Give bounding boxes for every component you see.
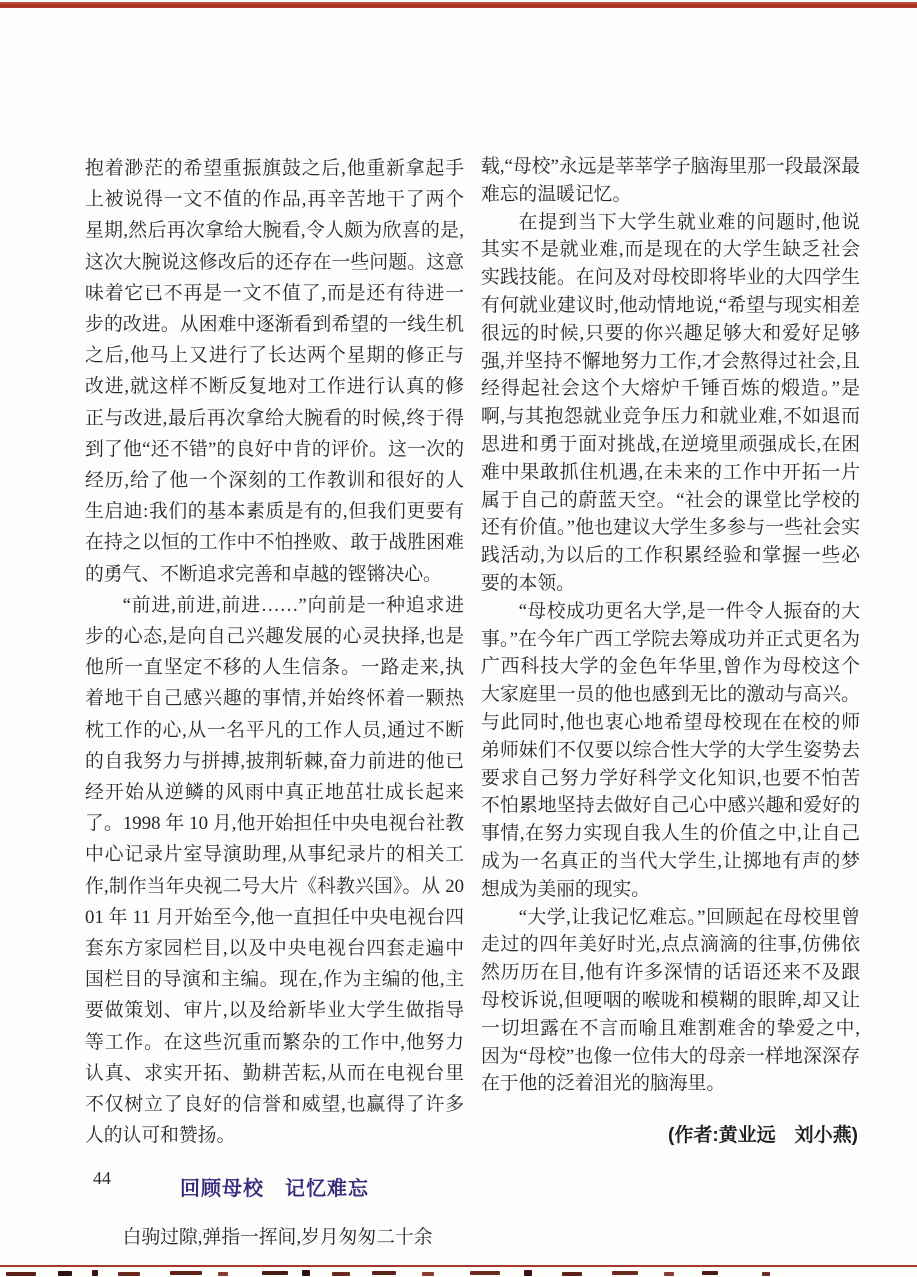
- page-number: 44: [93, 1168, 111, 1189]
- paragraph: 白驹过隙,弹指一挥间,岁月匆匆二十余: [85, 1222, 464, 1253]
- bottom-border-rule: [0, 1265, 917, 1267]
- top-border-rule: [0, 2, 917, 8]
- paragraph: “前进,前进,前进……”向前是一种追求进步的心态,是向自己兴趣发展的心灵抉择,也…: [85, 590, 464, 1152]
- scan-artifact-strip: [0, 1270, 917, 1277]
- author-line: (作者:黄业远 刘小燕): [668, 1120, 858, 1147]
- right-column: 载,“母校”永远是莘莘学子脑海里那一段最深最难忘的温暖记忆。 在提到当下大学生就…: [481, 153, 860, 1253]
- section-heading: 回顾母校 记忆难忘: [85, 1174, 464, 1204]
- article-body: 抱着渺茫的希望重振旗鼓之后,他重新拿起手上被说得一文不值的作品,再辛苦地干了两个…: [85, 153, 860, 1253]
- paragraph: 在提到当下大学生就业难的问题时,他说其实不是就业难,而是现在的大学生缺乏社会实践…: [481, 209, 860, 598]
- paragraph: 载,“母校”永远是莘莘学子脑海里那一段最深最难忘的温暖记忆。: [481, 153, 860, 209]
- paragraph: “大学,让我记忆难忘。”回顾起在母校里曾走过的四年美好时光,点点滴滴的往事,仿佛…: [481, 904, 860, 1099]
- paragraph: “母校成功更名大学,是一件令人振奋的大事。”在今年广西工学院去筹成功并正式更名为…: [481, 598, 860, 904]
- paragraph: 抱着渺茫的希望重振旗鼓之后,他重新拿起手上被说得一文不值的作品,再辛苦地干了两个…: [85, 153, 464, 590]
- left-column: 抱着渺茫的希望重振旗鼓之后,他重新拿起手上被说得一文不值的作品,再辛苦地干了两个…: [85, 153, 464, 1253]
